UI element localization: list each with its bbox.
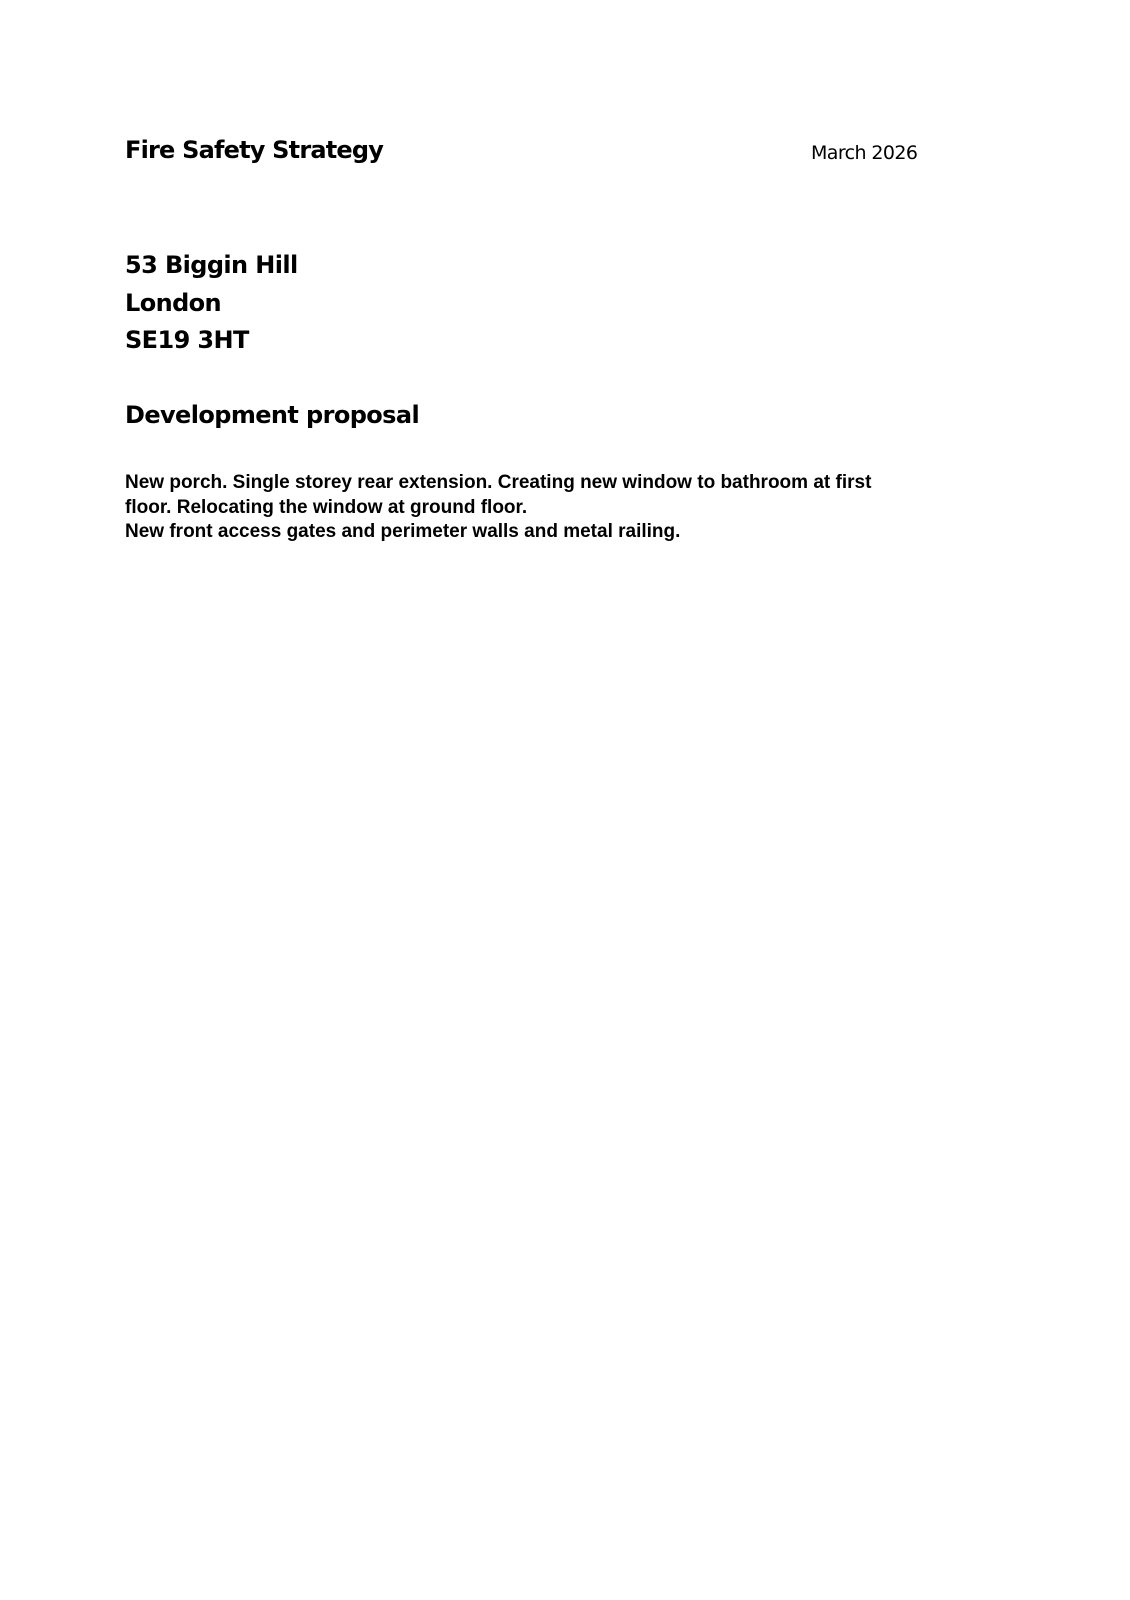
address-line-city: London [125, 285, 298, 323]
proposal-description: New porch. Single storey rear extension.… [125, 471, 965, 545]
section-heading-development-proposal: Development proposal [125, 399, 419, 431]
document-page: Fire Safety Strategy March 2026 53 Biggi… [0, 0, 1130, 1600]
address-line-postcode: SE19 3HT [125, 322, 298, 360]
document-title: Fire Safety Strategy [125, 134, 383, 166]
document-date: March 2026 [811, 140, 917, 166]
site-address: 53 Biggin Hill London SE19 3HT [125, 247, 298, 360]
proposal-line: New front access gates and perimeter wal… [125, 520, 965, 545]
proposal-line: New porch. Single storey rear extension.… [125, 471, 965, 496]
proposal-line: floor. Relocating the window at ground f… [125, 496, 965, 521]
address-line-street: 53 Biggin Hill [125, 247, 298, 285]
